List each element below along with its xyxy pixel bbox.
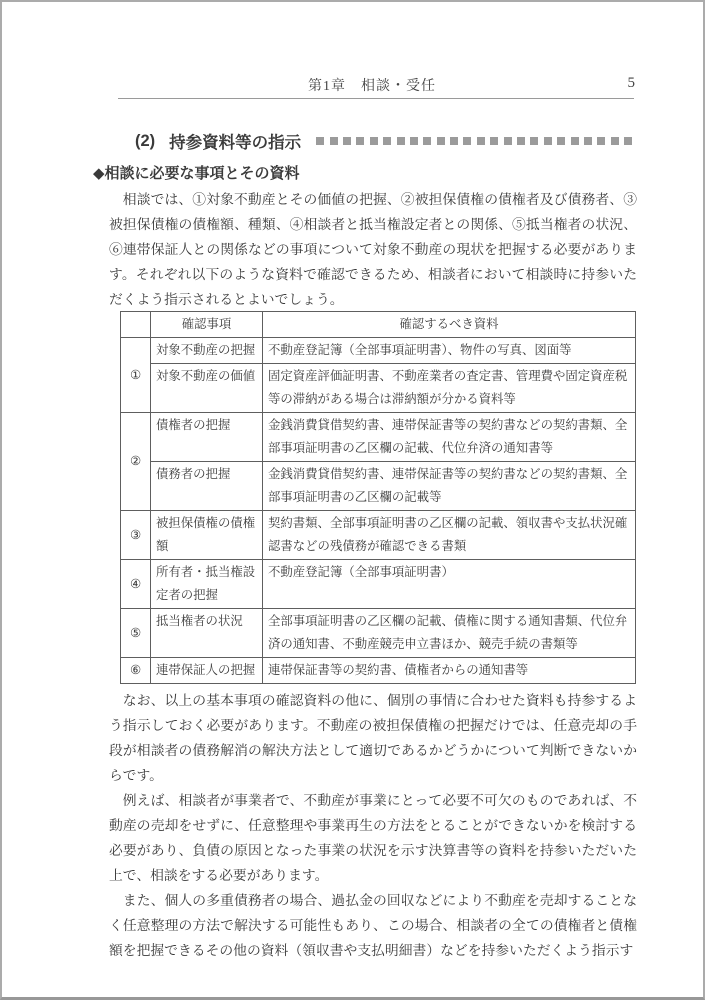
section-heading: (2) 持参資料等の指示 (135, 129, 638, 153)
square-icon (316, 137, 324, 145)
documents-table-body: ①対象不動産の把握不動産登記簿（全部事項証明書）、物件の写真、図面等対象不動産の… (121, 338, 636, 684)
table-row: 債務者の把握金銭消費貸借契約書、連帯保証書等の契約書などの契約書類、全部事項証明… (121, 462, 636, 511)
table-row: ③被担保債権の債権額契約書類、全部事項証明書の乙区欄の記載、領収書や支払状況確認… (121, 511, 636, 560)
table-row: ①対象不動産の把握不動産登記簿（全部事項証明書）、物件の写真、図面等 (121, 338, 636, 364)
row-item: 被担保債権の債権額 (151, 511, 263, 560)
chapter-title: 第1章 相談・受任 (308, 79, 436, 94)
table-header-docs: 確認するべき資料 (263, 312, 636, 338)
square-icon (517, 137, 525, 145)
row-docs: 全部事項証明書の乙区欄の記載、債権に関する通知書類、代位弁済の通知書、不動産競売… (263, 609, 636, 658)
square-icon (383, 137, 391, 145)
square-icon (544, 137, 552, 145)
square-icon (356, 137, 364, 145)
paragraph: また、個人の多重債務者の場合、過払金の回収などにより不動産を売却することなく任意… (109, 888, 637, 963)
table-row: ⑤抵当権者の状況全部事項証明書の乙区欄の記載、債権に関する通知書類、代位弁済の通… (121, 609, 636, 658)
row-docs: 不動産登記簿（全部事項証明書） (263, 560, 636, 609)
square-icon (611, 137, 619, 145)
row-docs: 金銭消費貸借契約書、連帯保証書等の契約書などの契約書類、全部事項証明書の乙区欄の… (263, 413, 636, 462)
diamond-subheading: ◆相談に必要な事項とその資料 (93, 162, 300, 183)
table-header-item: 確認事項 (151, 312, 263, 338)
row-docs: 金銭消費貸借契約書、連帯保証書等の契約書などの契約書類、全部事項証明書の乙区欄の… (263, 462, 636, 511)
row-number: ⑤ (121, 609, 151, 658)
book-page: 第1章 相談・受任 5 (2) 持参資料等の指示 ◆相談に必要な事項とその資料 … (0, 0, 705, 1000)
square-icon (397, 137, 405, 145)
table-header-empty (121, 312, 151, 338)
paragraph: なお、以上の基本事項の確認資料の他に、個別の事情に合わせた資料も持参するよう指示… (109, 688, 637, 788)
square-icon (557, 137, 565, 145)
table-row: ②債権者の把握金銭消費貸借契約書、連帯保証書等の契約書などの契約書類、全部事項証… (121, 413, 636, 462)
row-item: 債務者の把握 (151, 462, 263, 511)
square-icon (571, 137, 579, 145)
page-number: 5 (628, 75, 636, 92)
table-row: ⑥連帯保証人の把握連帯保証書等の契約書、債権者からの通知書等 (121, 658, 636, 684)
square-icon (423, 137, 431, 145)
documents-table: 確認事項 確認するべき資料 ①対象不動産の把握不動産登記簿（全部事項証明書）、物… (120, 311, 636, 684)
table-row: ④所有者・抵当権設定者の把握不動産登記簿（全部事項証明書） (121, 560, 636, 609)
table-header-row: 確認事項 確認するべき資料 (121, 312, 636, 338)
table-row: 対象不動産の価値固定資産評価証明書、不動産業者の査定書、管理費や固定資産税等の滞… (121, 364, 636, 413)
square-icon (463, 137, 471, 145)
square-icon (530, 137, 538, 145)
intro-paragraph: 相談では、①対象不動産とその価値の把握、②被担保債権の債権者及び債務者、③被担保… (109, 187, 637, 312)
header-rule (118, 98, 634, 99)
row-docs: 契約書類、全部事項証明書の乙区欄の記載、領収書や支払状況確認書などの残債務が確認… (263, 511, 636, 560)
row-item: 抵当権者の状況 (151, 609, 263, 658)
row-item: 対象不動産の把握 (151, 338, 263, 364)
square-icon (504, 137, 512, 145)
row-number: ⑥ (121, 658, 151, 684)
section-number: (2) (135, 132, 155, 151)
square-icon (370, 137, 378, 145)
square-icon (450, 137, 458, 145)
square-icon (477, 137, 485, 145)
row-docs: 固定資産評価証明書、不動産業者の査定書、管理費や固定資産税等の滞納がある場合は滞… (263, 364, 636, 413)
section-title: 持参資料等の指示 (169, 129, 301, 153)
row-item: 連帯保証人の把握 (151, 658, 263, 684)
square-icon (584, 137, 592, 145)
square-icon (330, 137, 338, 145)
row-number: ② (121, 413, 151, 511)
square-icon (410, 137, 418, 145)
row-item: 所有者・抵当権設定者の把握 (151, 560, 263, 609)
running-header: 第1章 相談・受任 5 (109, 75, 635, 95)
paragraph: 例えば、相談者が事業者で、不動産が事業にとって必要不可欠のものであれば、不動産の… (109, 788, 637, 888)
row-number: ① (121, 338, 151, 413)
square-icon (343, 137, 351, 145)
row-docs: 連帯保証書等の契約書、債権者からの通知書等 (263, 658, 636, 684)
row-item: 対象不動産の価値 (151, 364, 263, 413)
decorative-squares (316, 137, 632, 145)
square-icon (597, 137, 605, 145)
square-icon (437, 137, 445, 145)
body-paragraphs: なお、以上の基本事項の確認資料の他に、個別の事情に合わせた資料も持参するよう指示… (109, 688, 637, 963)
row-number: ④ (121, 560, 151, 609)
square-icon (624, 137, 632, 145)
row-number: ③ (121, 511, 151, 560)
row-item: 債権者の把握 (151, 413, 263, 462)
row-docs: 不動産登記簿（全部事項証明書）、物件の写真、図面等 (263, 338, 636, 364)
square-icon (490, 137, 498, 145)
